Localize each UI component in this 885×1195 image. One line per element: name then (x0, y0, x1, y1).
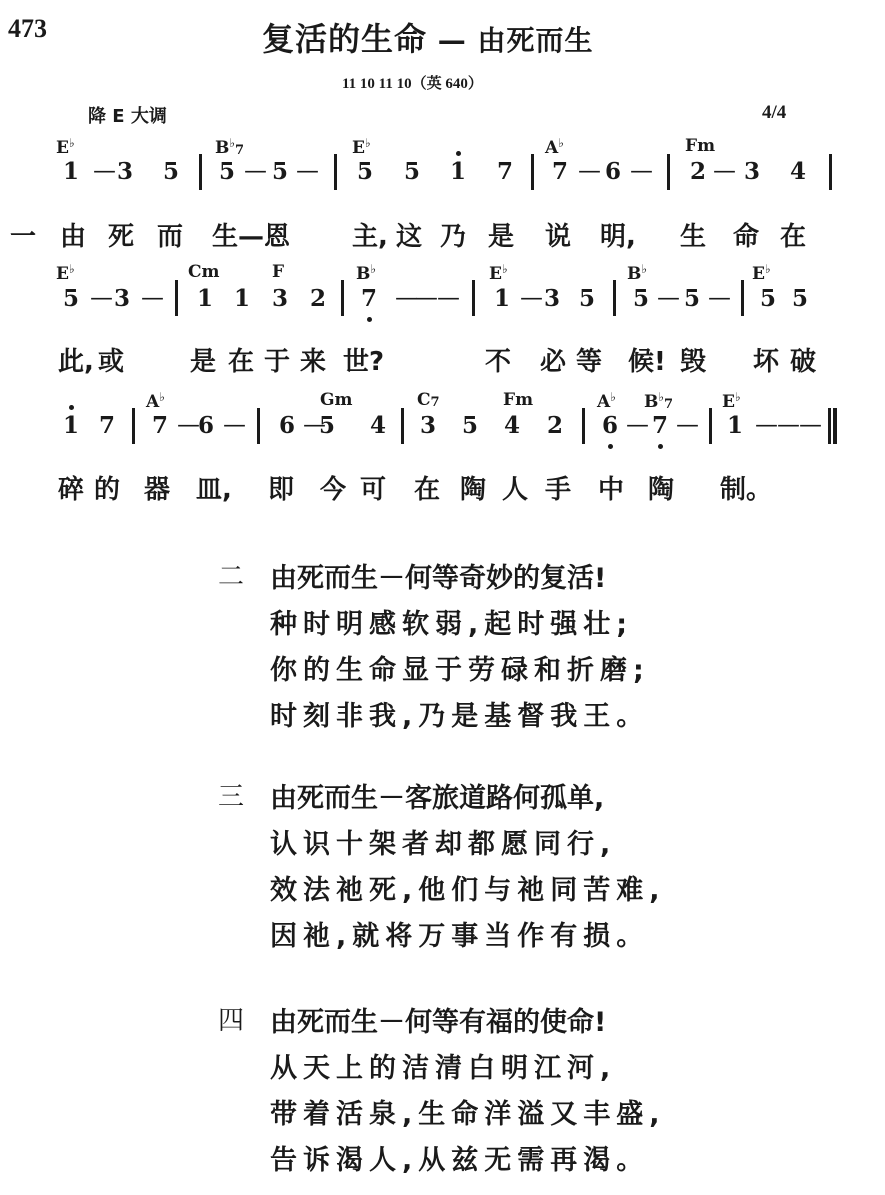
lyric-syllable: 今 (320, 469, 346, 506)
lyric-syllable: 在 (414, 469, 440, 506)
lyric-syllable: 可 (360, 469, 386, 506)
note: 1 (448, 158, 468, 185)
note: 5 (161, 158, 181, 185)
sustain-dash: — (626, 412, 646, 438)
barline (472, 280, 475, 316)
sustain-dash: — (676, 412, 696, 438)
chord-symbol: E♭ (56, 136, 75, 158)
chord-root: E (352, 138, 365, 158)
barline (709, 408, 712, 444)
chord-root: Gm (320, 390, 353, 410)
chord-symbol: E♭ (489, 262, 508, 284)
sustain-dash: — (520, 285, 540, 311)
verse-line: 由死而生－客旅道路何孤单, (270, 776, 604, 815)
chord-root: E (56, 138, 69, 158)
flat-icon: ♭ (735, 390, 741, 404)
chord-root: E (722, 392, 735, 412)
chord-root: B (215, 138, 229, 158)
note: 5 (631, 285, 651, 312)
sustain-dash: — (296, 158, 316, 184)
verse-line: 时刻非我,乃是基督我王。 (270, 694, 649, 733)
chord-root: B (627, 264, 641, 284)
verse-line: 告诉渴人,从兹无需再渴。 (270, 1138, 649, 1177)
chord-symbol: B♭ (356, 262, 376, 284)
sustain-dash: — (799, 412, 819, 438)
note: 5 (270, 158, 290, 185)
sustain-dash: — (630, 158, 650, 184)
note: 3 (115, 158, 135, 185)
sustain-dash: — (415, 285, 435, 311)
note: 5 (682, 285, 702, 312)
key-signature: 降 E 大调 (88, 102, 167, 128)
verse-line: 种时明感软弱,起时强壮; (270, 602, 633, 641)
note: 7 (150, 412, 170, 439)
note: 7 (495, 158, 515, 185)
note: 3 (542, 285, 562, 312)
lyric-syllable: 死 (108, 216, 134, 253)
note: 1 (61, 412, 81, 439)
barline (175, 280, 178, 316)
note: 7 (97, 412, 117, 439)
flat-icon: ♭ (365, 136, 371, 150)
flat-icon: ♭ (69, 262, 75, 276)
lyric-syllable: 命 (733, 216, 759, 253)
note: 7 (359, 285, 379, 312)
octave-up-dot (69, 405, 74, 410)
lyric-syllable: 主, (352, 216, 388, 253)
note: 6 (277, 412, 297, 439)
note: 1 (61, 158, 81, 185)
lyric-syllable: 候! (628, 341, 666, 378)
lyric-syllable: 而 (157, 216, 183, 253)
barline (341, 280, 344, 316)
sustain-dash: — (141, 285, 161, 311)
chord-extension: 7 (664, 397, 673, 412)
hymn-title: 复活的生命 — 由死而生 (262, 14, 594, 60)
chord-symbol: E♭ (352, 136, 371, 158)
chord-root: A (146, 392, 159, 412)
octave-up-dot (456, 151, 461, 156)
flat-icon: ♭ (370, 262, 376, 276)
verse-number: 二 (218, 556, 244, 593)
note: 3 (270, 285, 290, 312)
chord-root: E (56, 264, 69, 284)
lyric-syllable: 器 (144, 469, 170, 506)
note: 7 (650, 412, 670, 439)
sustain-dash: — (657, 285, 677, 311)
sustain-dash: — (244, 158, 264, 184)
lyric-syllable: 或 (98, 341, 124, 378)
note: 1 (195, 285, 215, 312)
chord-symbol: F (272, 262, 284, 282)
lyric-syllable: 破 (790, 341, 816, 378)
note: 5 (460, 412, 480, 439)
lyric-syllable: 于 (264, 341, 290, 378)
note: 4 (368, 412, 388, 439)
flat-icon: ♭ (765, 262, 771, 276)
chord-symbol: B♭7 (644, 390, 673, 412)
barline (667, 154, 670, 190)
note: 2 (545, 412, 565, 439)
verse-number: 三 (218, 776, 244, 813)
verse-line: 从天上的洁清白明江河, (270, 1046, 616, 1085)
note: 2 (308, 285, 328, 312)
lyric-syllable: 由 (60, 216, 86, 253)
chord-root: B (356, 264, 370, 284)
lyric-syllable: 陶 (648, 469, 674, 506)
note: 1 (725, 412, 745, 439)
lyric-syllable: 是 (190, 341, 216, 378)
title-sub: 由死而生 (478, 24, 594, 57)
lyric-syllable: 乃 (440, 216, 466, 253)
chord-symbol: A♭ (146, 390, 165, 412)
note: 6 (603, 158, 623, 185)
verse-line: 带着活泉,生命洋溢又丰盛, (270, 1092, 666, 1131)
note: 5 (355, 158, 375, 185)
octave-down-dot (608, 444, 613, 449)
lyric-syllable: 即 (268, 469, 294, 506)
chord-root: A (545, 138, 558, 158)
note: 4 (788, 158, 808, 185)
chord-root: C (417, 390, 431, 410)
note: 1 (232, 285, 252, 312)
octave-down-dot (367, 317, 372, 322)
note: 3 (742, 158, 762, 185)
note: 5 (402, 158, 422, 185)
chord-root: A (597, 392, 610, 412)
note: 5 (61, 285, 81, 312)
sustain-dash: — (223, 412, 243, 438)
lyric-syllable: 等 (576, 341, 602, 378)
meter: 11 10 11 10（英 640） (342, 72, 483, 93)
barline (132, 408, 135, 444)
lyric-syllable: 是 (488, 216, 514, 253)
chord-symbol: Fm (685, 136, 715, 156)
lyric-syllable: 毁 (680, 341, 706, 378)
note: 5 (317, 412, 337, 439)
note: 6 (196, 412, 216, 439)
chord-root: Cm (188, 262, 220, 282)
sustain-dash: — (578, 158, 598, 184)
barline (257, 408, 260, 444)
chord-symbol: E♭ (56, 262, 75, 284)
note: 3 (418, 412, 438, 439)
verse-line: 由死而生－何等奇妙的复活! (270, 556, 606, 595)
note: 5 (790, 285, 810, 312)
note: 3 (112, 285, 132, 312)
lyric-syllable: 碎 (58, 469, 84, 506)
barline (582, 408, 585, 444)
chord-symbol: B♭7 (215, 136, 244, 158)
chord-root: Fm (685, 136, 715, 156)
chord-root: B (644, 392, 658, 412)
lyric-syllable: 这 (396, 216, 422, 253)
octave-down-dot (658, 444, 663, 449)
chord-root: E (752, 264, 765, 284)
chord-symbol: Gm (320, 390, 353, 410)
chord-root: E (489, 264, 502, 284)
barline (829, 154, 832, 190)
lyric-syllable: 不 (485, 341, 511, 378)
verse-line: 因祂,就将万事当作有损。 (270, 914, 649, 953)
lyric-syllable: 生 (680, 216, 706, 253)
verse-line: 认识十架者却都愿同行, (270, 822, 616, 861)
lyric-syllable: 说 (545, 216, 571, 253)
lyric-syllable: 手 (545, 469, 571, 506)
note: 4 (502, 412, 522, 439)
sustain-dash: — (713, 158, 733, 184)
barline (613, 280, 616, 316)
hymn-number: 473 (8, 14, 47, 44)
chord-symbol: Fm (503, 390, 533, 410)
lyric-syllable: 一 (10, 216, 36, 253)
lyric-syllable: 的 (94, 469, 120, 506)
verse-line: 由死而生－何等有福的使命! (270, 1000, 606, 1039)
lyric-syllable: 明, (600, 216, 636, 253)
chord-symbol: A♭ (597, 390, 616, 412)
flat-icon: ♭ (610, 390, 616, 404)
lyric-syllable: 在 (780, 216, 806, 253)
sustain-dash: — (177, 412, 197, 438)
title-separator: — (427, 24, 478, 57)
flat-icon: ♭ (641, 262, 647, 276)
note: 5 (217, 158, 237, 185)
lyric-syllable: 皿, (196, 469, 232, 506)
chord-root: Fm (503, 390, 533, 410)
note: 1 (492, 285, 512, 312)
verse-line: 效法祂死,他们与祂同苦难, (270, 868, 666, 907)
barline (741, 280, 744, 316)
note: 7 (550, 158, 570, 185)
final-barline (828, 408, 837, 444)
note: 5 (577, 285, 597, 312)
lyric-syllable: 生—恩 (212, 216, 290, 253)
barline (199, 154, 202, 190)
barline (334, 154, 337, 190)
sustain-dash: — (93, 158, 113, 184)
chord-symbol: E♭ (752, 262, 771, 284)
chord-extension: 7 (235, 143, 244, 158)
chord-symbol: A♭ (545, 136, 564, 158)
title-main: 复活的生命 (262, 20, 427, 58)
lyric-syllable: 中 (598, 469, 624, 506)
flat-icon: ♭ (502, 262, 508, 276)
flat-icon: ♭ (159, 390, 165, 404)
lyric-syllable: 世? (343, 341, 384, 378)
sustain-dash: — (90, 285, 110, 311)
lyric-syllable: 坏 (753, 341, 779, 378)
chord-symbol: E♭ (722, 390, 741, 412)
lyric-syllable: 此, (58, 341, 94, 378)
chord-symbol: Cm (188, 262, 220, 282)
flat-icon: ♭ (558, 136, 564, 150)
chord-extension: 7 (431, 395, 440, 410)
note: 6 (600, 412, 620, 439)
barline (531, 154, 534, 190)
sustain-dash: — (395, 285, 415, 311)
sustain-dash: — (437, 285, 457, 311)
note: 5 (758, 285, 778, 312)
verse-line: 你的生命显于劳碌和折磨; (270, 648, 650, 687)
sustain-dash: — (708, 285, 728, 311)
flat-icon: ♭ (69, 136, 75, 150)
barline (401, 408, 404, 444)
lyric-syllable: 人 (502, 469, 528, 506)
chord-symbol: B♭ (627, 262, 647, 284)
sustain-dash: — (755, 412, 775, 438)
lyric-syllable: 必 (540, 341, 566, 378)
lyric-syllable: 来 (300, 341, 326, 378)
lyric-syllable: 制。 (720, 469, 772, 506)
verse-number: 四 (218, 1000, 244, 1037)
lyric-syllable: 陶 (460, 469, 486, 506)
chord-root: F (272, 262, 284, 282)
time-signature: 4/4 (762, 102, 786, 124)
chord-symbol: C7 (417, 390, 440, 410)
lyric-syllable: 在 (228, 341, 254, 378)
note: 2 (688, 158, 708, 185)
sustain-dash: — (777, 412, 797, 438)
